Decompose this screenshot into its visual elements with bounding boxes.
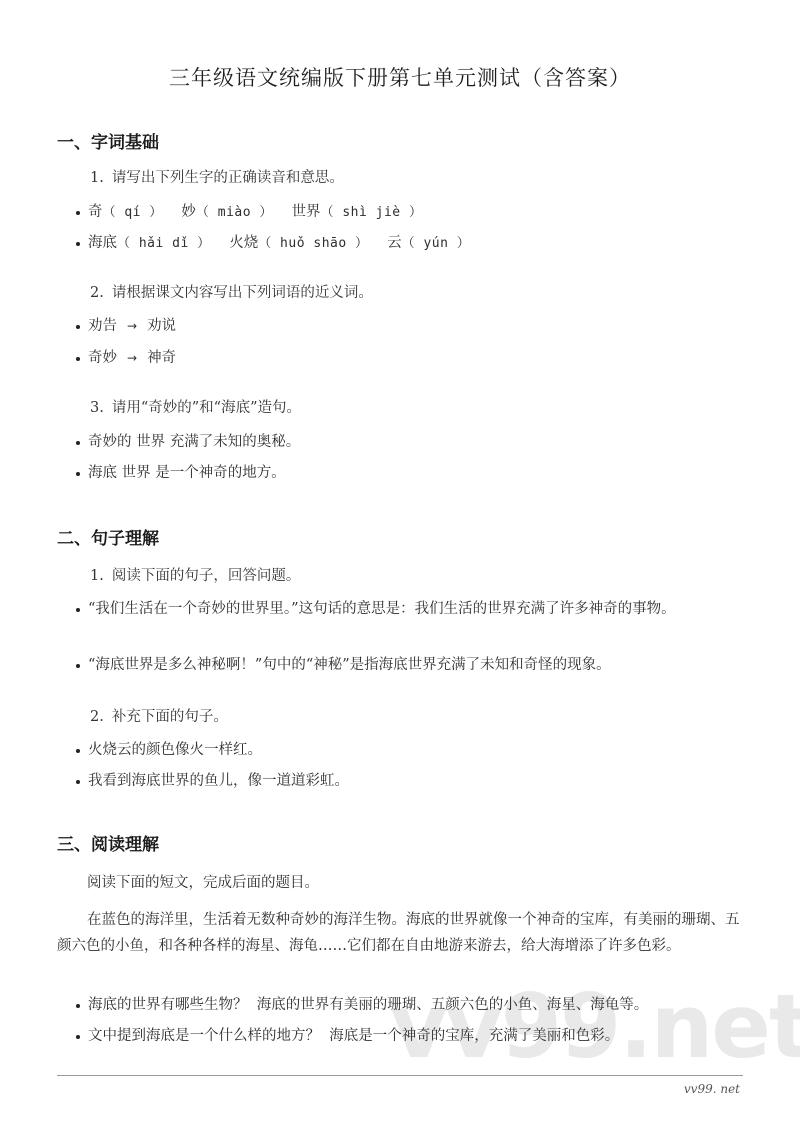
list-item: “我们生活在一个奇妙的世界里。”这句话的意思是：我们生活的世界充满了许多神奇的事… xyxy=(76,597,748,621)
pinyin: （ huǒ shāo ） xyxy=(258,236,368,251)
question-1-3: 3.请用“奇妙的”和“海底”造句。 xyxy=(90,396,301,417)
question-text: 请根据课文内容写出下列词语的近义词。 xyxy=(112,285,373,301)
reading-passage: 在蓝色的海洋里，生活着无数种奇妙的海洋生物。海底的世界就像一个神奇的宝库，有美丽… xyxy=(57,907,747,959)
question-1-1: 1.请写出下列生字的正确读音和意思。 xyxy=(90,166,344,187)
question-number: 1. xyxy=(90,568,104,584)
list-item: 火烧云的颜色像火一样红。 xyxy=(76,738,738,762)
word-to: 神奇 xyxy=(147,350,176,366)
reading-answer: 海底是一个神奇的宝库，充满了美丽和色彩。 xyxy=(329,1028,619,1044)
pinyin: （ hǎi dǐ ） xyxy=(117,236,211,251)
question-text: 请写出下列生字的正确读音和意思。 xyxy=(112,170,344,186)
question-number: 3. xyxy=(90,400,104,416)
question-text: 阅读下面的句子，回答问题。 xyxy=(112,568,301,584)
word: 云 xyxy=(387,235,402,251)
pinyin: （ miào ） xyxy=(196,205,273,220)
word: 奇 xyxy=(88,204,103,220)
pinyin-entry: 云（ yún ） xyxy=(387,235,470,251)
word-from: 劝告 xyxy=(88,318,117,334)
list-item: 海底的世界有哪些生物？ 海底的世界有美丽的珊瑚、五颜六色的小鱼、海星、海龟等。 xyxy=(76,993,738,1017)
question-number: 2. xyxy=(90,285,104,301)
footer-divider xyxy=(57,1075,743,1076)
question-text: 请用“奇妙的”和“海底”造句。 xyxy=(112,400,301,416)
list-item: 奇妙的 世界 充满了未知的奥秘。 xyxy=(76,430,738,454)
pinyin-entry: 海底（ hǎi dǐ ） xyxy=(88,235,211,251)
question-2-1: 1.阅读下面的句子，回答问题。 xyxy=(90,564,300,585)
list-item: 海底 世界 是一个神奇的地方。 xyxy=(76,461,738,485)
question-1-2: 2.请根据课文内容写出下列词语的近义词。 xyxy=(90,281,373,302)
arrow-right-icon: → xyxy=(127,351,137,365)
question-text: 补充下面的句子。 xyxy=(112,709,228,725)
list-item: 奇妙→神奇 xyxy=(76,346,738,370)
question-number: 2. xyxy=(90,709,104,725)
pinyin-entry: 奇（ qí ） xyxy=(88,204,163,220)
pinyin-entry: 火烧（ huǒ shāo ） xyxy=(229,235,368,251)
list-item: “海底世界是多么神秘啊！”句中的“神秘”是指海底世界充满了未知和奇怪的现象。 xyxy=(76,653,738,677)
section-heading-1: 一、字词基础 xyxy=(57,128,159,153)
document-page: vv99.net 三年级语文统编版下册第七单元测试（含答案） 一、字词基础 1.… xyxy=(0,0,800,1130)
list-item: 劝告→劝说 xyxy=(76,314,738,338)
pinyin-entry: 世界（ shì jiè ） xyxy=(292,204,423,220)
word-to: 劝说 xyxy=(147,318,176,334)
document-title: 三年级语文统编版下册第七单元测试（含答案） xyxy=(0,62,800,92)
question-number: 1. xyxy=(90,170,104,186)
pinyin-entry: 妙（ miào ） xyxy=(181,204,272,220)
section-heading-3: 三、阅读理解 xyxy=(57,830,159,855)
pinyin: （ qí ） xyxy=(103,205,163,220)
list-item: 奇（ qí ） 妙（ miào ） 世界（ shì jiè ） xyxy=(76,200,738,225)
list-item: 文中提到海底是一个什么样的地方？ 海底是一个神奇的宝库，充满了美丽和色彩。 xyxy=(76,1024,738,1048)
list-item: 海底（ hǎi dǐ ） 火烧（ huǒ shāo ） 云（ yún ） xyxy=(76,231,738,256)
reading-question: 文中提到海底是一个什么样的地方？ xyxy=(88,1028,320,1044)
word: 妙 xyxy=(181,204,196,220)
word: 火烧 xyxy=(229,235,258,251)
content-layer: 三年级语文统编版下册第七单元测试（含答案） 一、字词基础 1.请写出下列生字的正… xyxy=(0,0,800,1130)
word-from: 奇妙 xyxy=(88,350,117,366)
section-heading-2: 二、句子理解 xyxy=(57,524,159,549)
footer-site: vv99. net xyxy=(684,1082,740,1096)
word: 海底 xyxy=(88,235,117,251)
question-2-2: 2.补充下面的句子。 xyxy=(90,705,228,726)
word: 世界 xyxy=(292,204,321,220)
list-item: 我看到海底世界的鱼儿，像一道道彩虹。 xyxy=(76,769,738,793)
reading-answer: 海底的世界有美丽的珊瑚、五颜六色的小鱼、海星、海龟等。 xyxy=(257,997,649,1013)
pinyin: （ yún ） xyxy=(402,236,471,251)
pinyin: （ shì jiè ） xyxy=(321,205,423,220)
reading-question: 海底的世界有哪些生物？ xyxy=(88,997,248,1013)
arrow-right-icon: → xyxy=(127,319,137,333)
reading-instructions: 阅读下面的短文，完成后面的题目。 xyxy=(57,870,747,896)
